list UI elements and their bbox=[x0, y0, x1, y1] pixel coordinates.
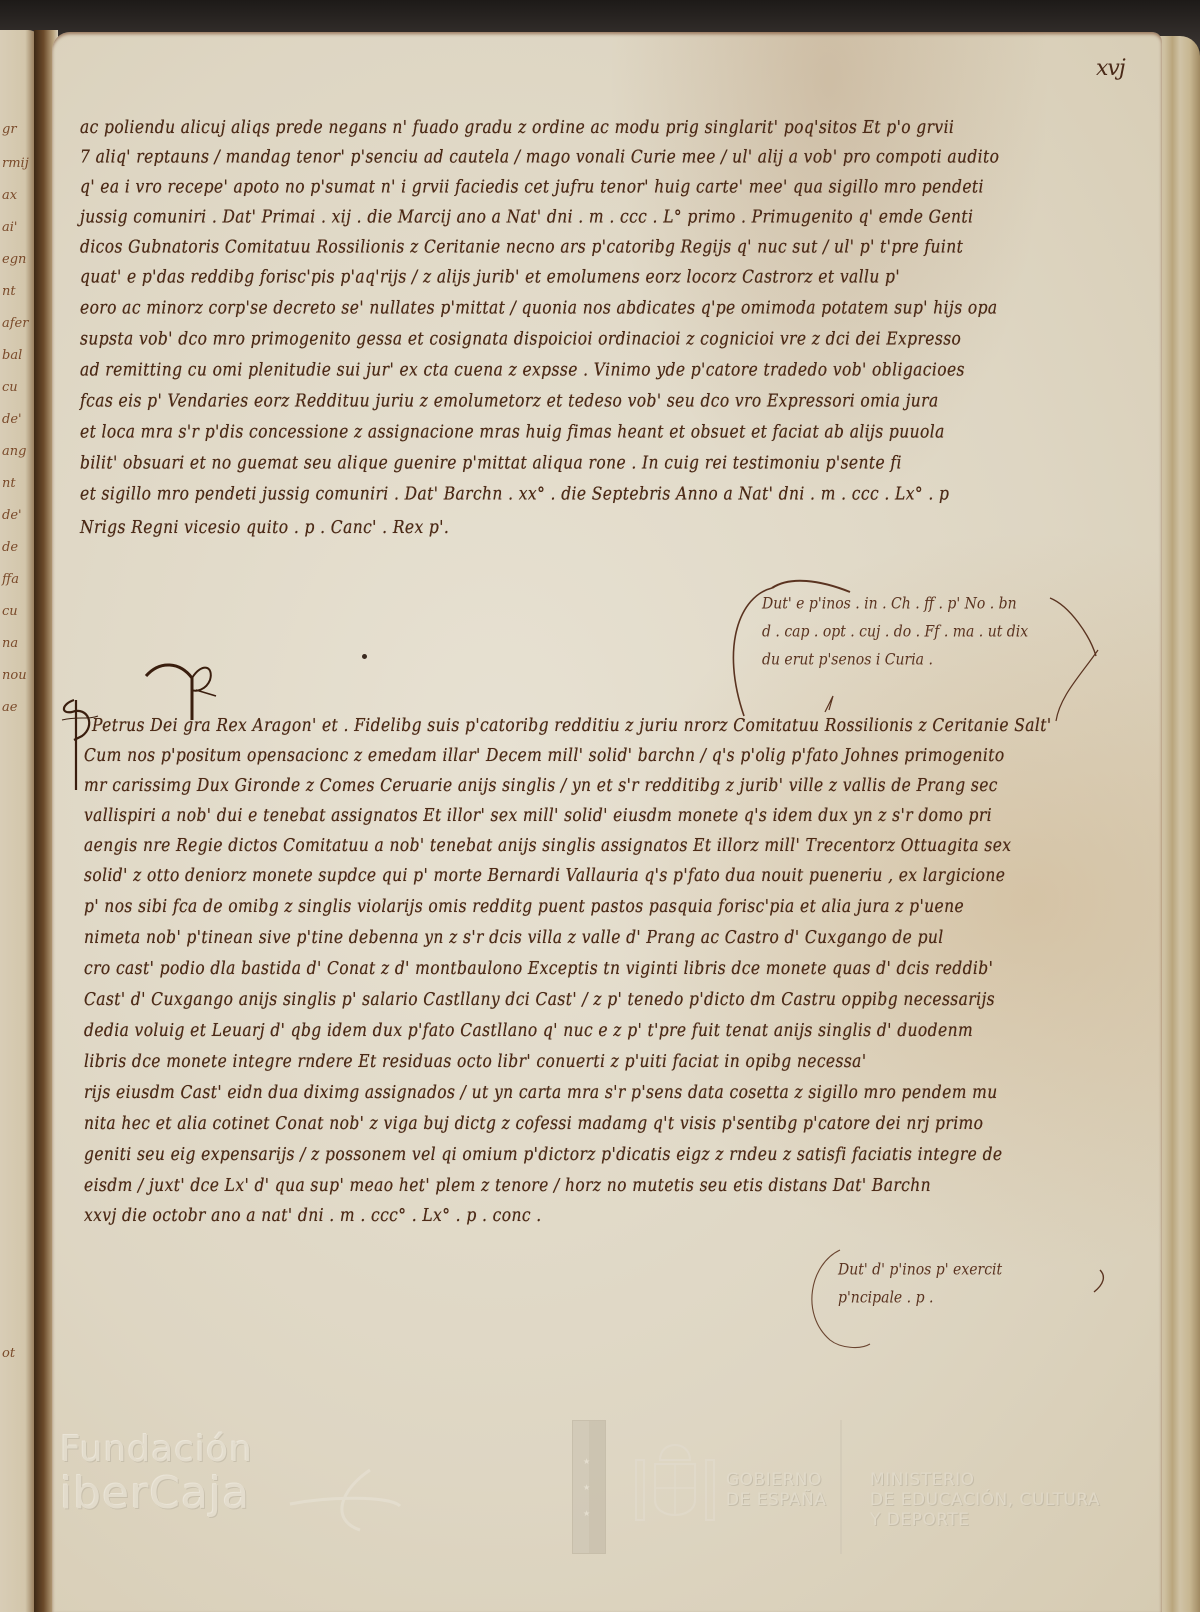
ibercaja-swoosh-icon bbox=[280, 1460, 410, 1540]
facing-page-fragment: de bbox=[2, 540, 18, 555]
archive-watermark: Fundación iberCaja ★ ★ ★ GOBIERNO DE ESP… bbox=[60, 1430, 1160, 1550]
facing-page-fragment: afer bbox=[2, 316, 28, 331]
facing-page-fragment: nt bbox=[2, 476, 16, 491]
manuscript-line: bilit' obsuari et no guemat seu alique g… bbox=[80, 453, 902, 474]
ministerio-label: MINISTERIO DE EDUCACIÓN, CULTURA Y DEPOR… bbox=[870, 1470, 1100, 1530]
gobierno-label: GOBIERNO DE ESPAÑA bbox=[726, 1470, 826, 1510]
manuscript-line: supsta vob' dco mro primogenito gessa et… bbox=[80, 329, 961, 350]
note-line: Dut' e p'inos . in . Ch . ff . p' No . b… bbox=[762, 595, 1017, 613]
note-line: d . cap . opt . cuj . do . Ff . ma . ut … bbox=[762, 623, 1028, 641]
note-line: du erut p'senos i Curia . bbox=[762, 651, 933, 669]
facing-page-fragment: ae bbox=[2, 700, 17, 715]
manuscript-line: xxvj die octobr ano a nat' dni . m . ccc… bbox=[84, 1205, 542, 1226]
facing-page-fragment: cu bbox=[2, 604, 18, 619]
marginal-note-registration: Dut' e p'inos . in . Ch . ff . p' No . b… bbox=[762, 596, 1082, 686]
manuscript-line: Cum nos p'positum opensacionc z emedam i… bbox=[84, 745, 1005, 766]
coat-of-arms-icon bbox=[630, 1430, 720, 1530]
facing-page-fragment: gr bbox=[2, 122, 17, 137]
manuscript-line: solid' z otto deniorz monete supdce qui … bbox=[84, 865, 1005, 886]
gov-line-2: DE ESPAÑA bbox=[726, 1490, 826, 1510]
facing-page-fragment: nou bbox=[2, 668, 27, 683]
ministry-line-2: DE EDUCACIÓN, CULTURA bbox=[870, 1490, 1100, 1510]
facing-page-fragment: bal bbox=[2, 348, 22, 363]
manuscript-line: ad remitting cu omi plenitudie sui jur' … bbox=[80, 360, 965, 381]
facing-page-fragment: egn bbox=[2, 252, 26, 267]
manuscript-line: nimeta nob' p'tinean sive p'tine debenna… bbox=[84, 927, 944, 948]
manuscript-line: q' ea i vro recepe' apoto no p'sumat n' … bbox=[80, 177, 984, 198]
manuscript-line: mr carissimg Dux Gironde z Comes Ceruari… bbox=[84, 775, 998, 796]
manuscript-line: fcas eis p' Vendaries eorz Reddituu juri… bbox=[80, 391, 939, 412]
manuscript-line: et loca mra s'r p'dis concessione z assi… bbox=[80, 422, 945, 443]
manuscript-line: vallispiri a nob' dui e tenebat assignat… bbox=[84, 805, 992, 826]
manuscript-line: ac poliendu alicuj aliqs prede negans n'… bbox=[80, 117, 954, 138]
manuscript-line: geniti seu eig expensarijs / z possonem … bbox=[84, 1144, 1002, 1165]
watermark-divider bbox=[840, 1420, 842, 1554]
facing-page-fragment: de' bbox=[2, 412, 22, 427]
marginal-note-registration: Dut' d' p'inos p' exercit p'ncipale . p … bbox=[838, 1262, 1088, 1332]
ministry-line-3: Y DEPORTE bbox=[870, 1510, 1100, 1530]
ministry-line-1: MINISTERIO bbox=[870, 1470, 1100, 1490]
manuscript-line: cro cast' podio dla bastida d' Conat z d… bbox=[84, 958, 993, 979]
manuscript-line: dicos Gubnatoris Comitatuu Rossilionis z… bbox=[80, 237, 963, 258]
manuscript-line: eoro ac minorz corp'se decreto se' nulla… bbox=[80, 298, 998, 319]
facing-page-fragment: ai' bbox=[2, 220, 17, 235]
facing-page-fragment: ffa bbox=[2, 572, 19, 587]
note-line: p'ncipale . p . bbox=[838, 1289, 933, 1307]
manuscript-line: aengis nre Regie dictos Comitatuu a nob'… bbox=[84, 835, 1011, 856]
manuscript-line: rijs eiusdm Cast' eidn dua diximg assign… bbox=[84, 1082, 998, 1103]
manuscript-line: Nrigs Regni vicesio quito . p . Canc' . … bbox=[80, 517, 449, 538]
gov-line-1: GOBIERNO bbox=[726, 1470, 826, 1490]
facing-page-fragment: ax bbox=[2, 188, 17, 203]
manuscript-line: dedia voluig et Leuarj d' qbg idem dux p… bbox=[84, 1020, 973, 1041]
manuscript-line: Cast' d' Cuxgango anijs singlis p' salar… bbox=[84, 989, 995, 1010]
manuscript-line: Petrus Dei gra Rex Aragon' et . Fidelibg… bbox=[92, 715, 1052, 736]
ibercaja-logo: Fundación iberCaja bbox=[60, 1430, 253, 1518]
note-line: Dut' d' p'inos p' exercit bbox=[838, 1261, 1002, 1279]
facing-page-fragment: ang bbox=[2, 444, 26, 459]
facing-page-fragment: ot bbox=[2, 1346, 15, 1361]
manuscript-line: quat' e p'das reddibg forisc'pis p'aq'ri… bbox=[80, 267, 900, 288]
ibercaja-line-2: iberCaja bbox=[60, 1470, 253, 1518]
ink-dot bbox=[362, 654, 367, 659]
spain-flag-icon: ★ ★ ★ bbox=[572, 1420, 606, 1554]
manuscript-line: nita hec et alia cotinet Conat nob' z vi… bbox=[84, 1113, 983, 1134]
facing-page-fragment: cu bbox=[2, 380, 18, 395]
manuscript-line: jussig comuniri . Dat' Primai . xij . di… bbox=[80, 207, 973, 228]
facing-page-fragment: de' bbox=[2, 508, 22, 523]
facing-page-fragment: rmij bbox=[2, 156, 29, 171]
manuscript-line: eisdm / juxt' dce Lx' d' qua sup' meao h… bbox=[84, 1175, 931, 1196]
manuscript-line: 7 aliq' reptauns / mandag tenor' p'senci… bbox=[80, 147, 999, 168]
facing-page-fragment: nt bbox=[2, 284, 16, 299]
facing-page-fragment: na bbox=[2, 636, 18, 651]
folio-number: xvj bbox=[1096, 56, 1125, 81]
manuscript-line: et sigillo mro pendeti jussig comuniri .… bbox=[80, 484, 949, 505]
ibercaja-line-1: Fundación bbox=[60, 1430, 253, 1470]
manuscript-line: libris dce monete integre rndere Et resi… bbox=[84, 1051, 866, 1072]
manuscript-line: p' nos sibi fca de omibg z singlis viola… bbox=[84, 896, 964, 917]
